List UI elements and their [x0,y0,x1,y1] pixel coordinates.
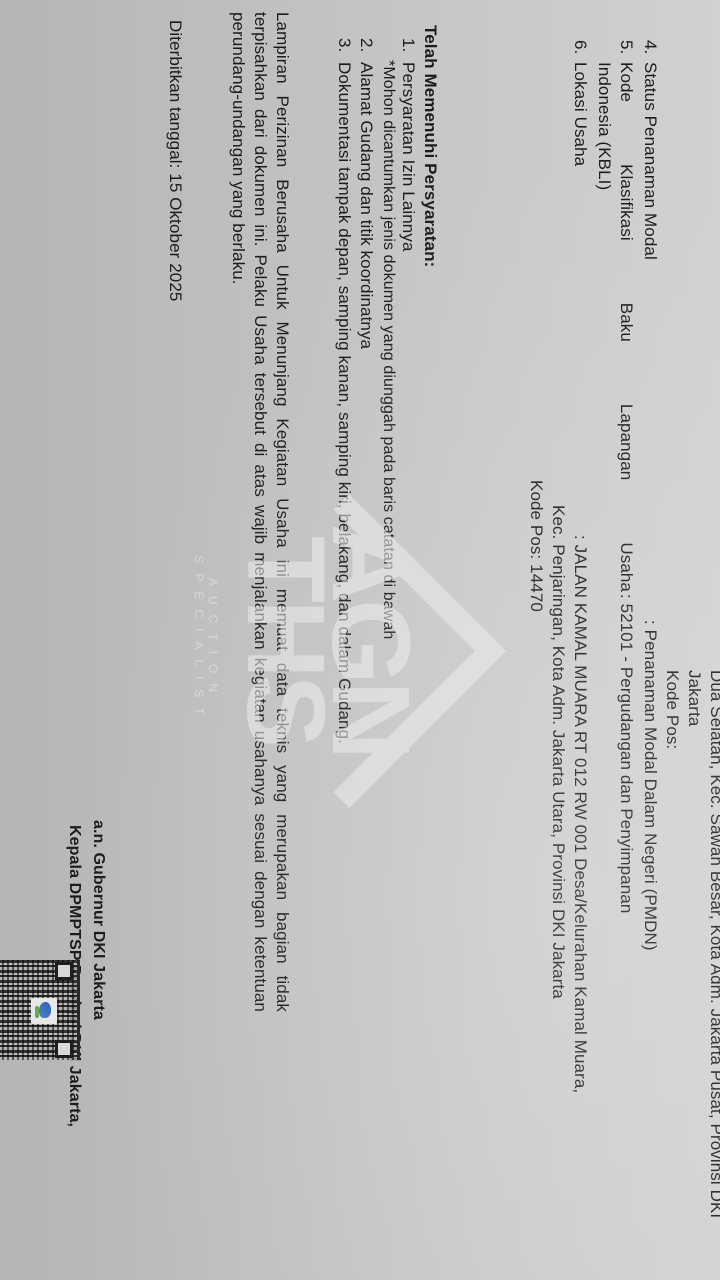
address-partial-line3: Kode Pos: [662,670,682,749]
requirement-2-text: Alamat Gudang dan titik koordinatnya [356,62,376,349]
field-5-label-line2: Indonesia (KBLI) [594,62,614,190]
address-partial-line1: Dua Selatan, Kec. Sawah Besar, Kota Adm.… [706,670,720,1218]
qr-finder-icon [55,962,73,980]
requirement-2-number: 2. [356,38,376,52]
field-6-number: 6. [570,40,590,54]
field-6-value-line2: Kec. Penjaringan, Kota Adm. Jakarta Utar… [548,505,568,999]
closing-paragraph-line3: perundang-undangan yang berlaku. [228,12,248,285]
document-page: Dua Selatan, Kec. Sawah Besar, Kota Adm.… [0,0,720,1280]
requirements-heading: Telah Memenuhi Persyaratan: [420,25,440,267]
requirement-3-number: 3. [334,38,354,52]
field-6-value-line3: Kode Pos: 14470 [526,480,546,612]
address-partial-line2: Jakarta [684,670,704,726]
field-5-value: : 52101 - Pergudangan dan Penyimpanan [616,594,636,913]
requirement-1-number: 1. [398,38,418,52]
requirement-3-text: Dokumentasi tampak depan, samping kanan,… [334,62,354,744]
field-4-label: Status Penanaman Modal [640,62,660,260]
address-line1-text: Dua Selatan, Kec. Sawah Besar, Kota Adm.… [707,670,720,1218]
requirement-1-text: Persyaratan Izin Lainnya [398,62,418,252]
field-5-number: 5. [616,40,636,54]
watermark-tagline: AUCTION SPECIALIST [192,490,220,790]
qr-code [0,960,80,1060]
field-4-value: : Penanaman Modal Dalam Negeri (PMDN) [640,620,660,951]
watermark-line1: AGN [315,520,425,760]
field-6-label: Lokasi Usaha [570,62,590,166]
field-6-value-line1: : JALAN KAMAL MUARA RT 012 RW 001 Desa/K… [570,535,590,1093]
signature-on-behalf: a.n. Gubernur DKI Jakarta [88,820,108,1020]
closing-paragraph-line2: terpisahkan dari dokumen ini. Pelaku Usa… [250,12,270,1012]
field-5-label: Kode Klasifikasi Baku Lapangan Usaha [616,62,636,592]
closing-paragraph-line1: Lampiran Perizinan Berusaha Untuk Menunj… [272,12,292,1012]
watermark: AGN THS AUCTION SPECIALIST [200,480,520,800]
field-4-number: 4. [640,40,660,54]
issued-date: Diterbitkan tanggal: 15 Oktober 2025 [165,20,185,301]
qr-finder-icon [55,1040,73,1058]
dki-logo-icon [31,998,57,1024]
requirement-1-note: *Mohon dicantumkan jenis dokumen yang di… [378,60,398,639]
